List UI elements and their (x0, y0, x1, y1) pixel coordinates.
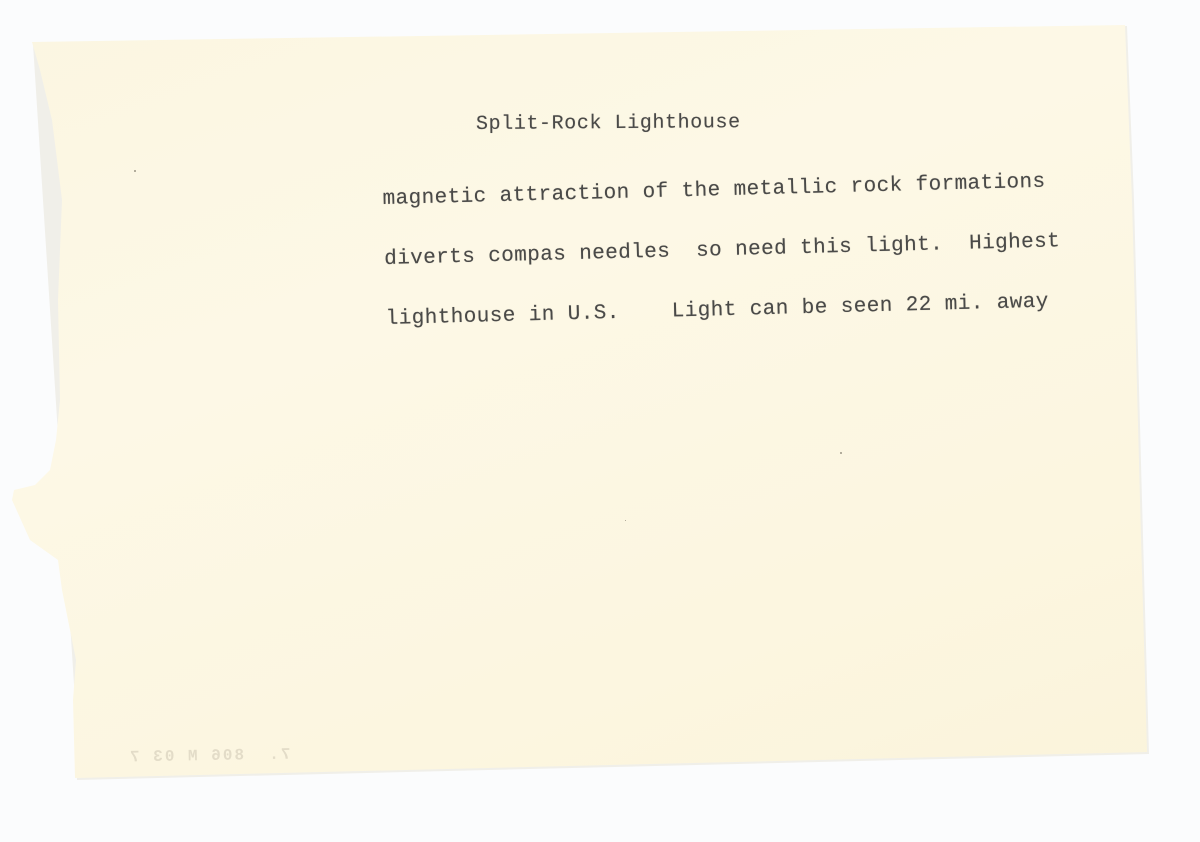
show-through-text: 7. 806 M 03 7 (128, 746, 291, 767)
document-body: magnetic attraction of the metallic rock… (381, 132, 1062, 350)
paper-speck (134, 170, 136, 172)
paper-speck (840, 452, 842, 454)
document-title: Split-Rock Lighthouse (476, 111, 741, 136)
body-line-1: magnetic attraction of the metallic rock… (382, 172, 1058, 210)
body-line-2: diverts compas needles so need this ligh… (384, 232, 1060, 270)
body-line-3: lighthouse in U.S. Light can be seen 22 … (386, 292, 1062, 330)
paper-speck (625, 520, 626, 521)
